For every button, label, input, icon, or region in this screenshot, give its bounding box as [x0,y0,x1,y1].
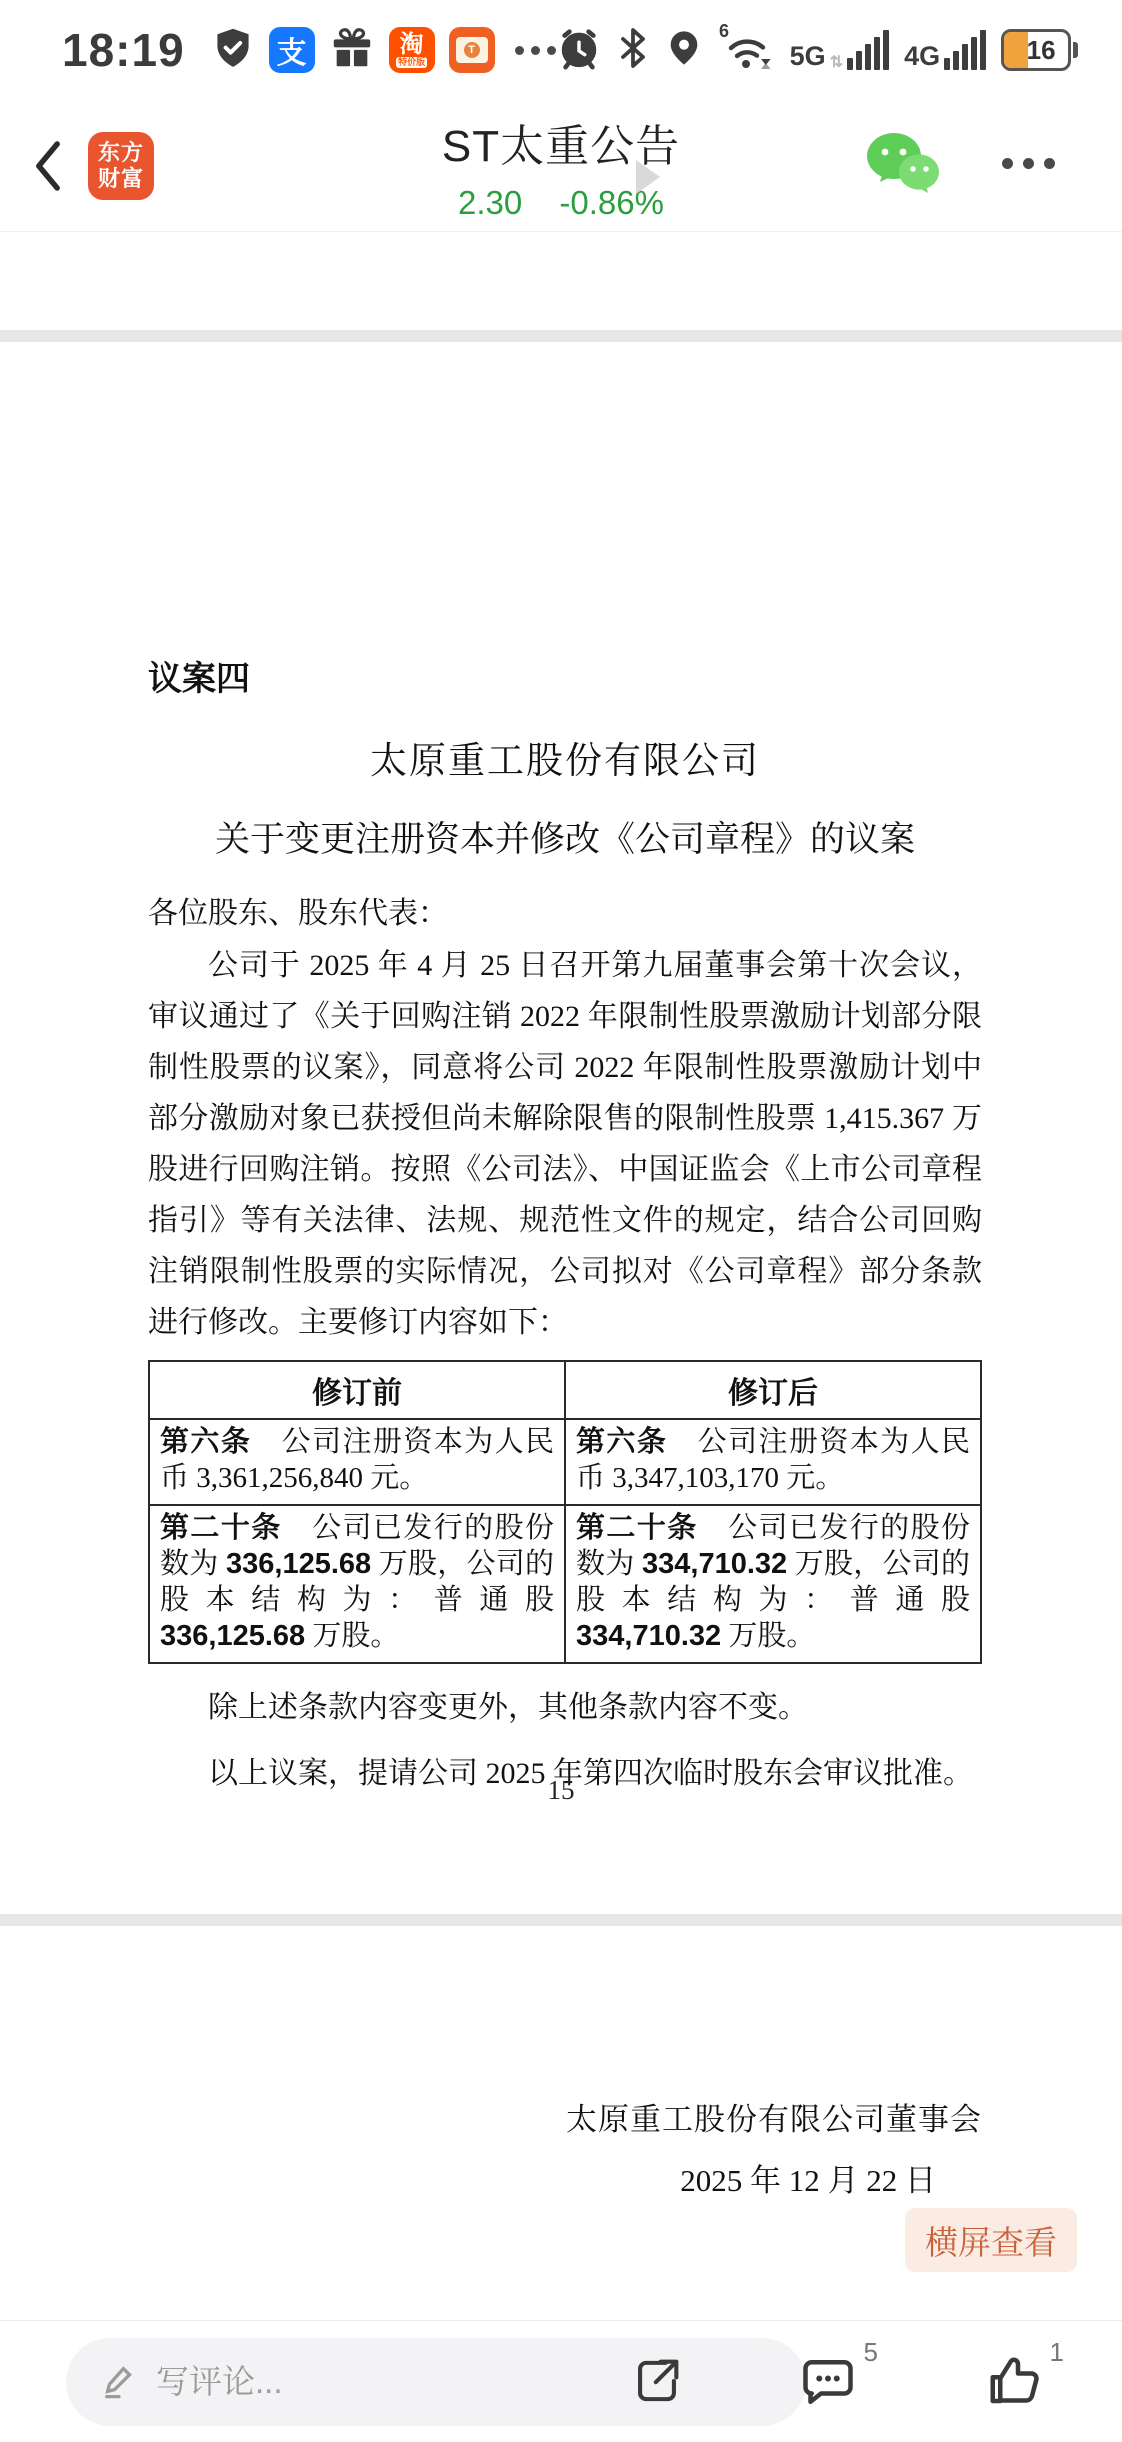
red-envelope-icon: T [449,27,495,73]
signal-4g: 4G [904,30,986,70]
chevron-right-icon[interactable] [636,160,660,194]
network-type-label: 4G [904,43,940,70]
shield-check-icon [211,24,255,77]
battery-percent: 16 [1004,35,1068,66]
battery-indicator: 16 [1001,29,1078,71]
like-count-badge: 1 [1050,2337,1064,2368]
taobao-lite-icon: 淘 特价版 [389,27,435,73]
more-menu-button[interactable] [1002,158,1055,169]
body-paragraph: 公司于 2025 年 4 月 25 日召开第九届董事会第十次会议，审议通过了《关… [148,940,982,1348]
document-title: 关于变更注册资本并修改《公司章程》的议案 [148,812,982,862]
previous-page-tail [0,232,1122,330]
page-separator [0,330,1122,342]
clock-time: 18:19 [62,23,185,77]
header: 东方 财富 ST太重公告 2.30 -0.86% [0,100,1122,232]
comment-count-badge: 5 [864,2337,878,2368]
status-bar: 18:19 支 淘 特价版 T [0,0,1122,100]
page-number: 15 [0,1775,1122,1806]
bluetooth-icon [617,24,649,77]
signature-line: 太原重工股份有限公司董事会 [148,2094,982,2139]
signature-date: 2025 年 12 月 22 日 [148,2155,982,2200]
page-separator [0,1914,1122,1926]
closing-line-1: 除上述条款内容变更外，其他条款内容不变。 [148,1682,982,1726]
page-title: ST太重公告 [0,110,1122,174]
pencil-icon [98,2359,140,2406]
share-button[interactable] [628,2351,686,2416]
network-type-label: 5G [790,43,826,70]
salutation: 各位股东、股东代表： [148,888,982,932]
like-button[interactable]: 1 [984,2351,1044,2416]
battery-cap [1073,42,1078,58]
document-page-15: 议案四 太原重工股份有限公司 关于变更注册资本并修改《公司章程》的议案 各位股东… [0,342,1122,1914]
battery-icon: 16 [1001,29,1071,71]
signal-bars-icon [944,30,986,70]
alarm-clock-icon [556,24,602,77]
revision-table: 修订前修订后 第六条 公司注册资本为人民币 3,361,256,840 元。第六… [148,1360,982,1664]
wifi-gen-label: 6 [719,23,729,41]
alipay-icon: 支 [269,27,315,73]
landscape-view-button[interactable]: 横屏查看 [905,2208,1077,2272]
table-cell: 第六条 公司注册资本为人民币 3,347,103,170 元。 [565,1419,981,1505]
company-name: 太原重工股份有限公司 [148,730,982,784]
bottom-toolbar: 5 1 [0,2320,1122,2442]
comment-input-pill[interactable] [66,2338,806,2426]
wifi-icon: 6 [719,23,775,78]
table-header-row: 修订前修订后 [149,1361,981,1419]
table-cell: 第六条 公司注册资本为人民币 3,361,256,840 元。 [149,1419,565,1505]
table-cell: 第二十条 公司已发行的股份数为 336,125.68 万股，公司的股本结构为：普… [149,1505,565,1663]
comments-button[interactable]: 5 [798,2351,858,2416]
table-cell: 第二十条 公司已发行的股份数为 334,710.32 万股，公司的股本结构为：普… [565,1505,981,1663]
announcement-viewer[interactable]: 议案四 太原重工股份有限公司 关于变更注册资本并修改《公司章程》的议案 各位股东… [0,232,1122,2320]
stock-price: 2.30 [458,184,522,221]
location-icon [664,24,704,77]
signal-bars-icon [847,30,889,70]
status-more-dots-icon [515,46,556,55]
screen: 18:19 支 淘 特价版 T [0,0,1122,2442]
table-column-header: 修订前 [149,1361,565,1419]
wechat-share-button[interactable] [862,128,942,205]
table-row: 第六条 公司注册资本为人民币 3,361,256,840 元。第六条 公司注册资… [149,1419,981,1505]
gift-icon [329,24,375,77]
stock-quote[interactable]: 2.30 -0.86% [0,184,1122,222]
signal-5g: 5G ⇅ [790,30,889,70]
system-status-icons: 6 5G ⇅ 4G 16 [556,23,1078,78]
header-center: ST太重公告 2.30 -0.86% [0,110,1122,222]
table-row: 第二十条 公司已发行的股份数为 336,125.68 万股，公司的股本结构为：普… [149,1505,981,1663]
traffic-arrows-icon: ⇅ [830,56,843,70]
section-label: 议案四 [148,342,982,700]
table-column-header: 修订后 [565,1361,981,1419]
notification-icons: 支 淘 特价版 T [211,24,556,77]
